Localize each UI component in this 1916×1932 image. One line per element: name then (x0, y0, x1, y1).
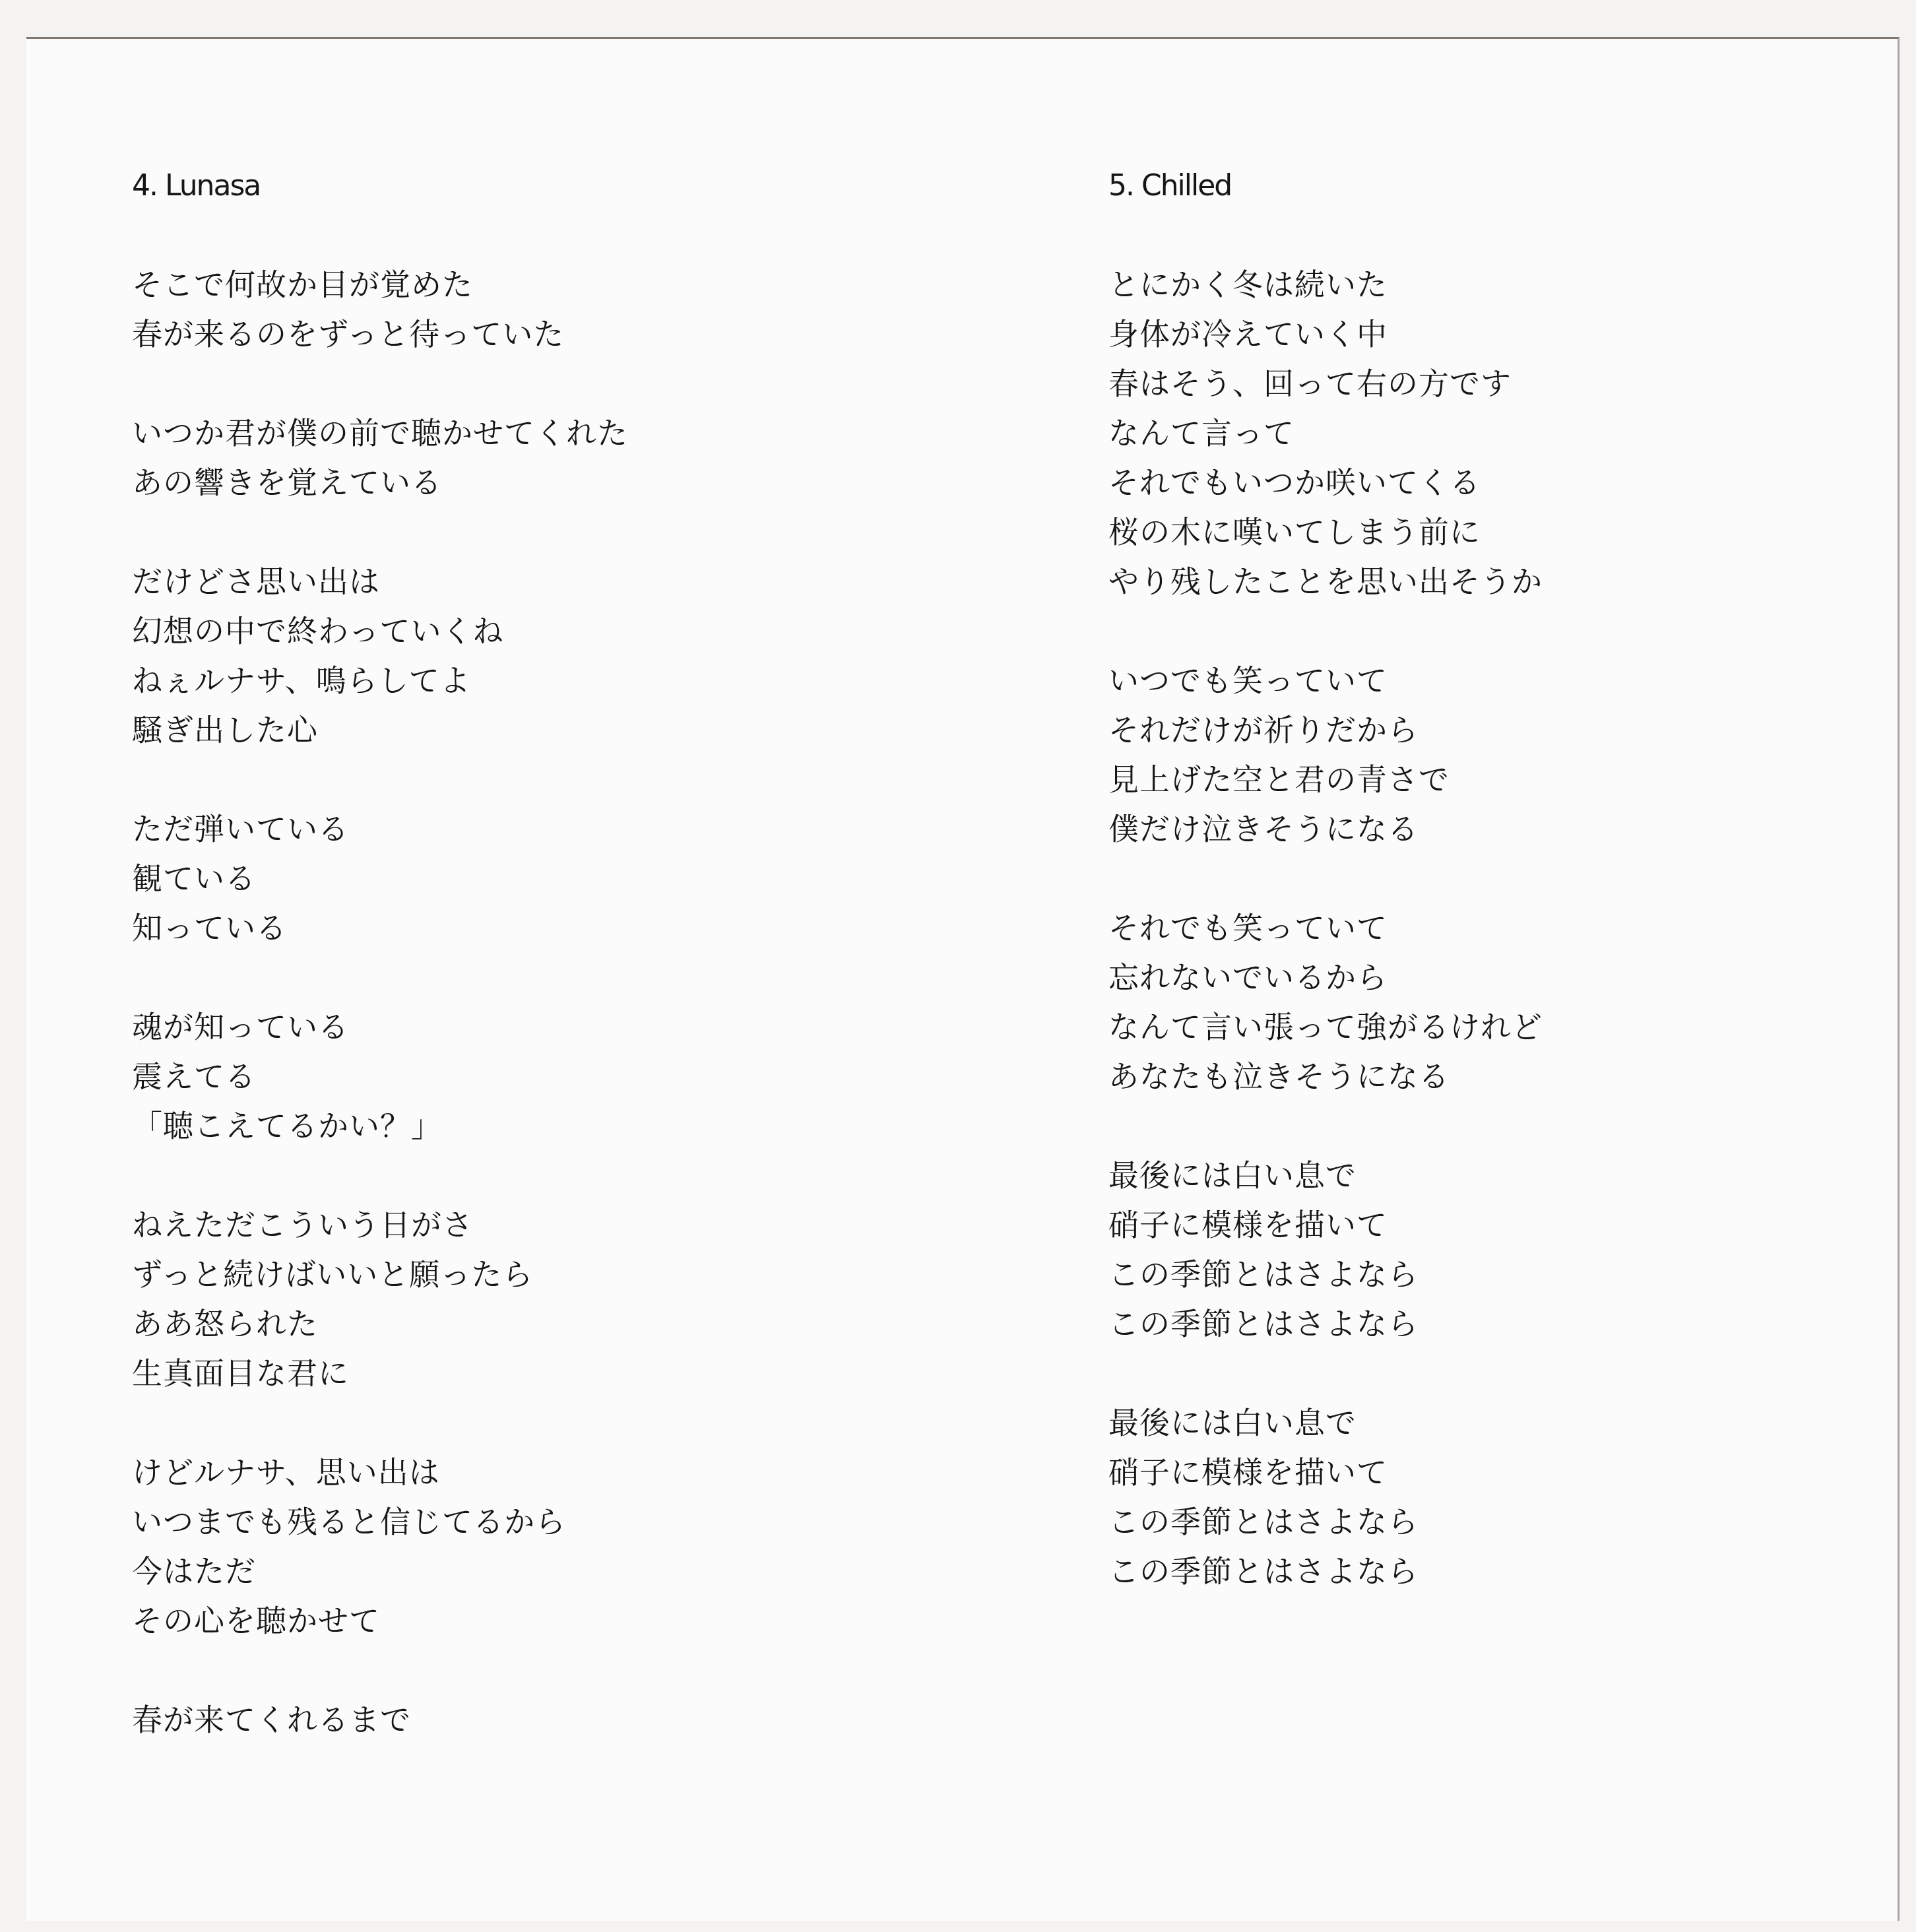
lyric-line: 身体が冷えていく中 (1108, 309, 1867, 359)
song-title: 4. Lunasa (132, 161, 990, 210)
lyric-line: この季節とはさよなら (1108, 1547, 1867, 1596)
lyric-line: 硝子に模様を描いて (1108, 1200, 1867, 1250)
lyric-line: それでもいつか咲いてくる (1108, 458, 1867, 507)
lyric-line: 「聴こえてるかい？」 (132, 1101, 990, 1151)
stanza: 最後には白い息で 硝子に模様を描いて この季節とはさよなら この季節とはさよなら (1108, 1398, 1867, 1596)
lyric-line: あの響きを覚えている (132, 458, 990, 507)
lyric-line: ねぇルナサ、鳴らしてよ (132, 656, 990, 705)
lyric-line: この季節とはさよなら (1108, 1299, 1867, 1349)
stanza: いつでも笑っていて それだけが祈りだから 見上げた空と君の青さで 僕だけ泣きそう… (1108, 656, 1867, 854)
lyric-line: 魂が知っている (132, 1002, 990, 1052)
lyric-line: 春が来るのをずっと待っていた (132, 309, 990, 359)
lyric-line: だけどさ思い出は (132, 557, 990, 606)
lyric-line: とにかく冬は続いた (1108, 260, 1867, 309)
lyric-line: 忘れないでいるから (1108, 953, 1867, 1002)
lyric-line: やり残したことを思い出そうか (1108, 557, 1867, 606)
lyric-line: 知っている (132, 903, 990, 953)
lyric-line: 騒ぎ出した心 (132, 705, 990, 755)
lyric-line: 僕だけ泣きそうになる (1108, 804, 1867, 854)
song-chilled: 5. Chilled とにかく冬は続いた 身体が冷えていく中 春はそう、回って右… (1108, 161, 1867, 1646)
stanza: 春が来てくれるまで (132, 1695, 990, 1745)
song-title: 5. Chilled (1108, 161, 1867, 210)
lyric-line: それでも笑っていて (1108, 903, 1867, 953)
stanza: ねえただこういう日がさ ずっと続けばいいと願ったら ああ怒られた 生真面目な君に (132, 1200, 990, 1398)
stanza: とにかく冬は続いた 身体が冷えていく中 春はそう、回って右の方です なんて言って… (1108, 260, 1867, 606)
lyric-line: 震えてる (132, 1052, 990, 1101)
lyric-line: なんて言い張って強がるけれど (1108, 1002, 1867, 1052)
stanza: 最後には白い息で 硝子に模様を描いて この季節とはさよなら この季節とはさよなら (1108, 1151, 1867, 1349)
lyric-line: 見上げた空と君の青さで (1108, 755, 1867, 804)
lyric-line: 桜の木に嘆いてしまう前に (1108, 507, 1867, 557)
lyric-line: そこで何故か目が覚めた (132, 260, 990, 309)
lyric-line: 幻想の中で終わっていくね (132, 606, 990, 656)
lyric-line: 最後には白い息で (1108, 1151, 1867, 1200)
lyric-line: 生真面目な君に (132, 1349, 990, 1398)
lyric-line: いつまでも残ると信じてるから (132, 1497, 990, 1547)
stanza: いつか君が僕の前で聴かせてくれた あの響きを覚えている (132, 408, 990, 507)
stanza: けどルナサ、思い出は いつまでも残ると信じてるから 今はただ その心を聴かせて (132, 1448, 990, 1646)
stanza: ただ弾いている 観ている 知っている (132, 804, 990, 953)
stanza: だけどさ思い出は 幻想の中で終わっていくね ねぇルナサ、鳴らしてよ 騒ぎ出した心 (132, 557, 990, 755)
lyric-line: この季節とはさよなら (1108, 1250, 1867, 1299)
lyric-line: けどルナサ、思い出は (132, 1448, 990, 1497)
lyric-line: 春はそう、回って右の方です (1108, 359, 1867, 408)
lyric-line: その心を聴かせて (132, 1596, 990, 1646)
stanza: 魂が知っている 震えてる 「聴こえてるかい？」 (132, 1002, 990, 1151)
lyrics-sheet: 4. Lunasa そこで何故か目が覚めた 春が来るのをずっと待っていた いつか… (26, 37, 1900, 1921)
song-lunasa: 4. Lunasa そこで何故か目が覚めた 春が来るのをずっと待っていた いつか… (132, 161, 990, 1794)
lyric-line: ただ弾いている (132, 804, 990, 854)
stanza: そこで何故か目が覚めた 春が来るのをずっと待っていた (132, 260, 990, 359)
lyric-line: ああ怒られた (132, 1299, 990, 1349)
lyric-line: いつか君が僕の前で聴かせてくれた (132, 408, 990, 458)
lyric-line: 春が来てくれるまで (132, 1695, 990, 1745)
lyric-line: 硝子に模様を描いて (1108, 1448, 1867, 1497)
lyric-line: この季節とはさよなら (1108, 1497, 1867, 1547)
lyric-line: 最後には白い息で (1108, 1398, 1867, 1448)
lyric-line: なんて言って (1108, 408, 1867, 458)
lyric-line: 観ている (132, 854, 990, 903)
lyric-line: ずっと続けばいいと願ったら (132, 1250, 990, 1299)
lyric-line: それだけが祈りだから (1108, 705, 1867, 755)
lyric-line: ねえただこういう日がさ (132, 1200, 990, 1250)
stanza: それでも笑っていて 忘れないでいるから なんて言い張って強がるけれど あなたも泣… (1108, 903, 1867, 1101)
lyric-line: 今はただ (132, 1547, 990, 1596)
lyric-line: あなたも泣きそうになる (1108, 1052, 1867, 1101)
lyric-line: いつでも笑っていて (1108, 656, 1867, 705)
